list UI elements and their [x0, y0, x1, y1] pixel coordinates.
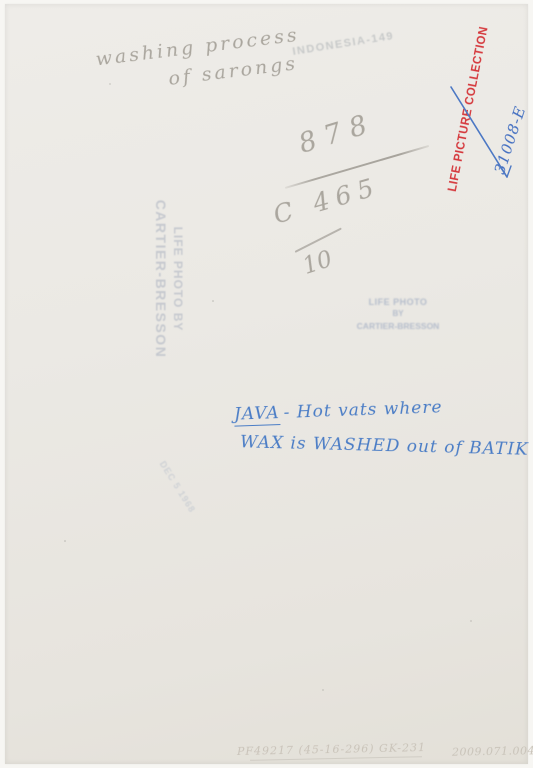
- cartier-bresson-stamp: LIFE PHOTO BY CARTIER-BRESSON: [152, 193, 186, 365]
- paper-speck: [212, 300, 214, 302]
- paper-speck: [109, 83, 111, 85]
- cartier-bresson-stamp-line1: LIFE PHOTO BY: [169, 193, 186, 365]
- bottom-accession-number: 2009.071.004: [452, 744, 533, 758]
- blue-caption-java-underlined: JAVA: [234, 403, 280, 427]
- cartier-bresson-stamp-line2: CARTIER-BRESSON: [152, 193, 169, 365]
- paper-speck: [470, 620, 472, 622]
- blue-arrow-line: [440, 78, 522, 190]
- small-blue-photo-stamp-line1: LIFE PHOTO: [352, 296, 444, 308]
- small-blue-photo-stamp-line2: BY: [352, 308, 444, 320]
- paper-speck: [64, 540, 66, 542]
- paper-speck: [322, 689, 324, 691]
- small-blue-photo-stamp: LIFE PHOTO BY CARTIER-BRESSON: [352, 296, 444, 332]
- small-blue-photo-stamp-line3: CARTIER-BRESSON: [352, 320, 444, 332]
